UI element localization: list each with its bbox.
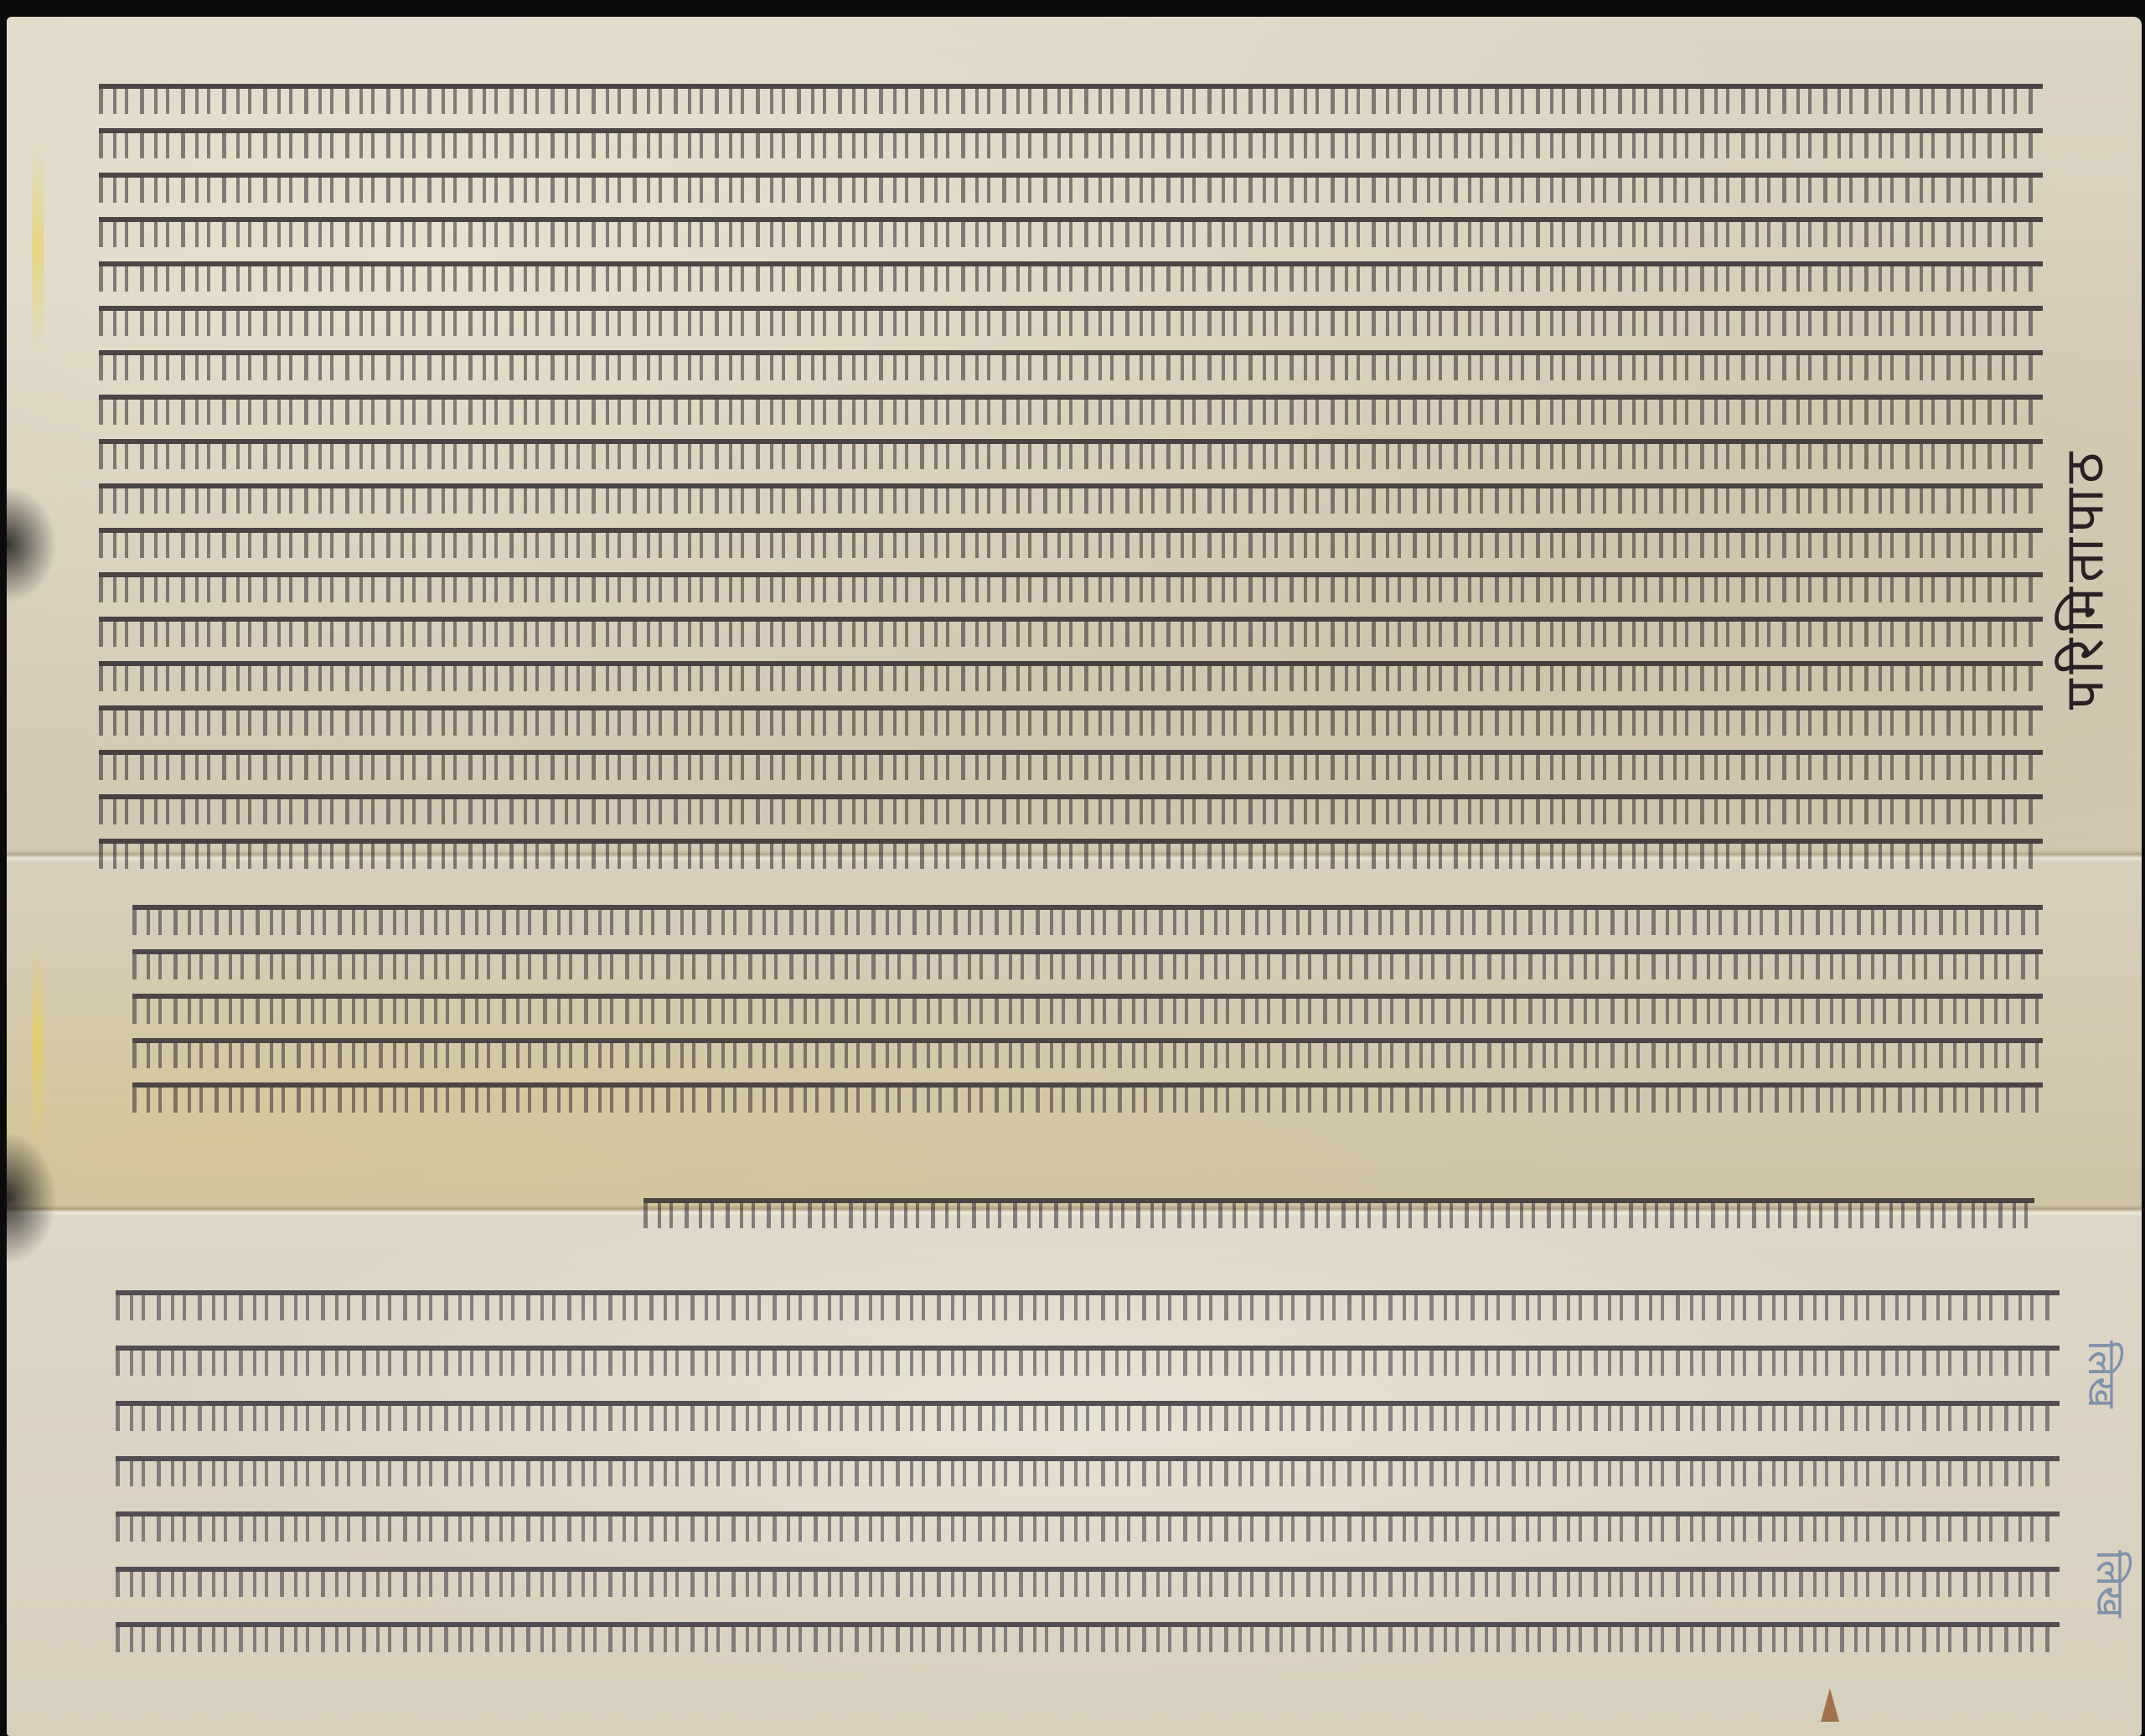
text-line [132,1082,2043,1099]
blue-margin-note: लिख [2085,1550,2137,1684]
text-line [99,750,2043,767]
text-line [99,217,2043,234]
ink-stain [7,486,57,603]
text-line [99,84,2043,101]
margin-annotation: परिमितापाठ [2051,310,2118,846]
manuscript-sheet: परिमितापाठ लिख लिख [7,17,2142,1736]
ink-stain [7,1131,57,1265]
text-line [132,994,2043,1010]
text-line [116,1511,2060,1528]
text-line [99,483,2043,500]
text-line [116,1456,2060,1473]
text-line [99,128,2043,145]
text-line [99,350,2043,367]
text-line [643,1198,2034,1215]
text-line [99,528,2043,545]
text-line [116,1290,2060,1307]
text-line [99,839,2043,855]
text-line [116,1622,2060,1639]
text-line [116,1346,2060,1362]
text-line [99,439,2043,456]
paper-stain [32,938,44,1148]
text-line [99,572,2043,589]
text-line [99,395,2043,411]
text-line [132,1038,2043,1055]
text-line [132,905,2043,922]
text-block-bottom [116,1290,2060,1677]
text-line [116,1567,2060,1584]
text-block-top [99,84,2043,883]
text-line [99,661,2043,678]
text-block-middle [132,905,2043,1127]
paper-stain [32,142,44,352]
text-line [116,1401,2060,1418]
text-line-partial [643,1198,2034,1243]
text-line [99,705,2043,722]
text-line [99,173,2043,189]
text-line [132,949,2043,966]
text-line [99,794,2043,811]
text-line [99,261,2043,278]
blue-margin-note: लिख [2076,1341,2128,1475]
text-line [99,617,2043,633]
text-line [99,306,2043,323]
